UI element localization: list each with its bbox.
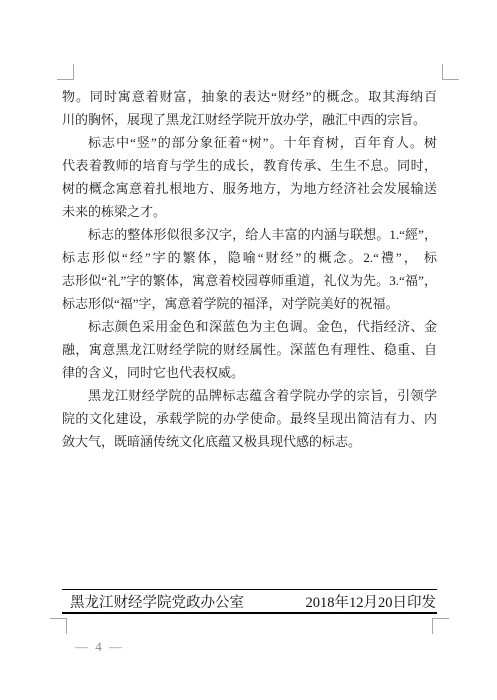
crop-mark-bottom-right-icon [432, 618, 449, 634]
body-text-line: 树的概念寓意着扎根地方、服务地方，为地方经济社会发展输送 [62, 177, 437, 200]
body-text-line: 敛大气，既暗涵传统文化底蕴又极具现代感的标志。 [62, 430, 437, 453]
body-text-line: 标志的整体形似很多汉字，给人丰富的内涵与联想。1.“經”， [62, 223, 437, 246]
colophon-print-date: 2018年12月20日印发 [306, 591, 438, 612]
body-text-line: 院的文化建设，承载学院的办学使命。最终呈现出简洁有力、内 [62, 407, 437, 430]
body-text-line: 代表着教师的培育与学生的成长，教育传承、生生不息。同时， [62, 154, 437, 177]
body-text-line: 标志中“竖”的部分象征着“树”。十年育树，百年育人。树 [62, 131, 437, 154]
body-text-line: 黑龙江财经学院的品牌标志蕴含着学院办学的宗旨，引领学 [62, 384, 437, 407]
page-number: — 4 — [75, 639, 124, 655]
document-body: 物。同时寓意着财富，抽象的表达“财经”的概念。取其海纳百 川的胸怀，展现了黑龙江… [62, 85, 437, 453]
body-text-line: 标志形似“经”字的繁体，隐喻“财经”的概念。2.“禮”， 标 [62, 246, 437, 269]
body-text-line: 标志颜色采用金色和深蓝色为主色调。金色，代指经济、金 [62, 315, 437, 338]
body-text-line: 未来的栋梁之才。 [62, 200, 437, 223]
colophon-rule-bottom [62, 612, 437, 614]
body-text-line: 融，寓意黑龙江财经学院的财经属性。深蓝色有理性、稳重、自 [62, 338, 437, 361]
crop-mark-bottom-left-icon [50, 618, 67, 634]
body-text-line: 川的胸怀，展现了黑龙江财经学院开放办学，融汇中西的宗旨。 [62, 108, 437, 131]
crop-mark-top-right-icon [442, 64, 459, 80]
colophon-department: 黑龙江财经学院党政办公室 [62, 591, 244, 612]
crop-mark-top-left-icon [57, 64, 74, 80]
body-text-line: 律的含义，同时它也代表权威。 [62, 361, 437, 384]
colophon: 黑龙江财经学院党政办公室 2018年12月20日印发 [62, 590, 437, 612]
body-text-line: 志形似“礼”字的繁体，寓意着校园尊师重道，礼仪为先。3.“福”， [62, 269, 437, 292]
body-text-line: 物。同时寓意着财富，抽象的表达“财经”的概念。取其海纳百 [62, 85, 437, 108]
document-page: 物。同时寓意着财富，抽象的表达“财经”的概念。取其海纳百 川的胸怀，展现了黑龙江… [0, 0, 497, 700]
body-text-line: 标志形似“福”字，寓意着学院的福泽，对学院美好的祝福。 [62, 292, 437, 315]
